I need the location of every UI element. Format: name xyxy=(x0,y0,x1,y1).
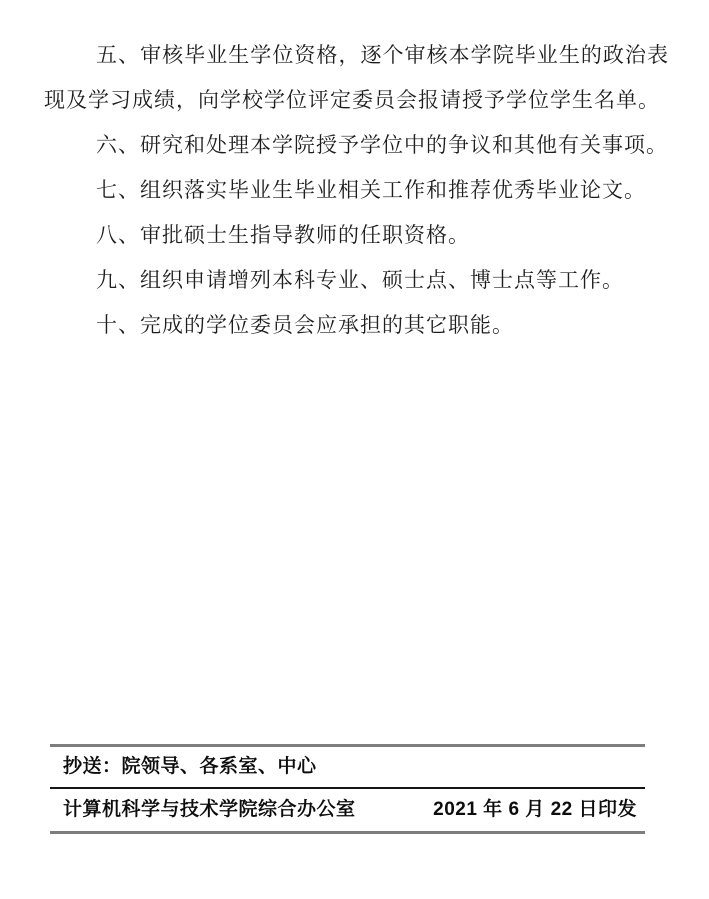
footer-issue-row: 计算机科学与技术学院综合办公室 2021 年 6 月 22 日印发 xyxy=(50,789,645,831)
document-footer: 抄送：院领导、各系室、中心 计算机科学与技术学院综合办公室 2021 年 6 月… xyxy=(50,744,645,834)
issuer-text: 计算机科学与技术学院综合办公室 xyxy=(63,789,356,831)
body-paragraph-item-5: 五、审核毕业生学位资格，逐个审核本学院毕业生的政治表现及学习成绩，向学校学位评定… xyxy=(44,33,669,123)
issue-date-text: 2021 年 6 月 22 日印发 xyxy=(433,789,637,831)
body-paragraph-item-9: 九、组织申请增列本科专业、硕士点、博士点等工作。 xyxy=(44,258,669,303)
body-paragraph-item-8: 八、审批硕士生指导教师的任职资格。 xyxy=(44,213,669,258)
footer-cc-row: 抄送：院领导、各系室、中心 xyxy=(50,747,645,787)
body-paragraph-item-10: 十、完成的学位委员会应承担的其它职能。 xyxy=(44,303,669,348)
footer-rule-bottom xyxy=(50,831,645,834)
document-body: 五、审核毕业生学位资格，逐个审核本学院毕业生的政治表现及学习成绩，向学校学位评定… xyxy=(44,33,669,348)
cc-line-text: 抄送：院领导、各系室、中心 xyxy=(63,756,317,777)
document-page: 五、审核毕业生学位资格，逐个审核本学院毕业生的政治表现及学习成绩，向学校学位评定… xyxy=(0,0,709,899)
body-paragraph-item-6: 六、研究和处理本学院授予学位中的争议和其他有关事项。 xyxy=(44,123,669,168)
body-paragraph-item-7: 七、组织落实毕业生毕业相关工作和推荐优秀毕业论文。 xyxy=(44,168,669,213)
